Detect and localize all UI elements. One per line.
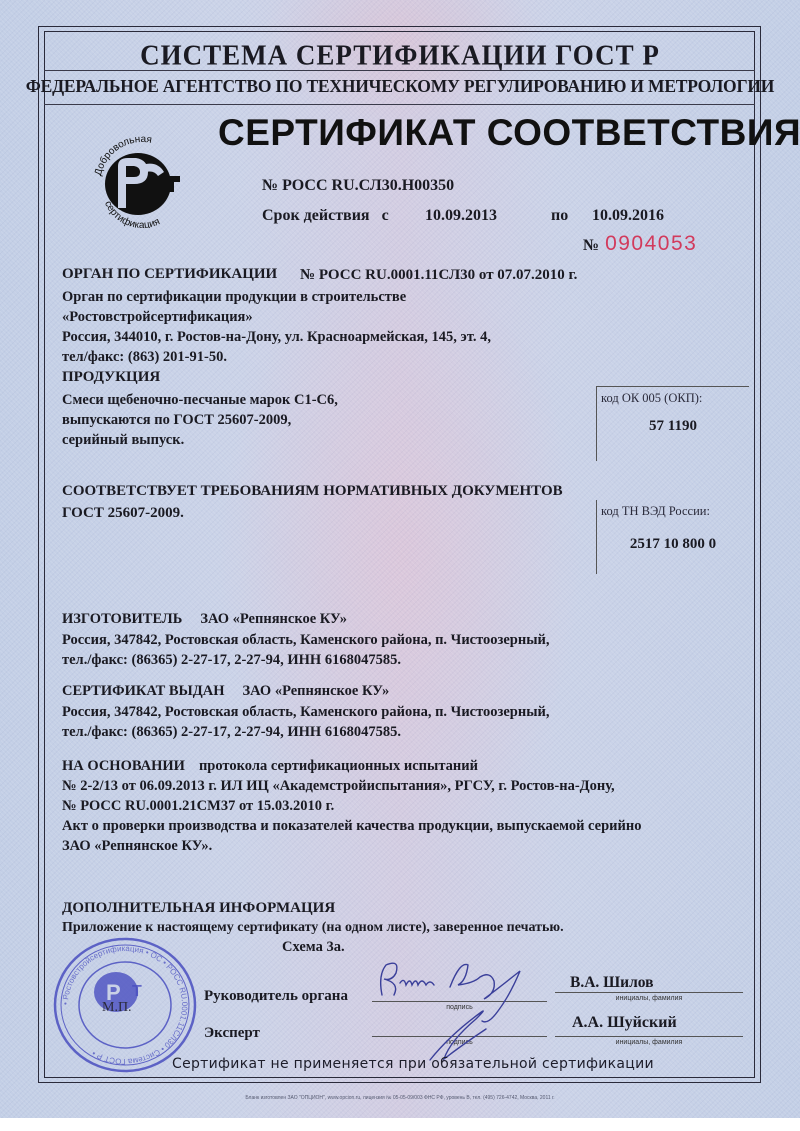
handwritten-signatures-icon <box>370 955 560 1065</box>
okp-code-box: код ОК 005 (ОКП): 57 1190 <box>596 386 749 461</box>
valid-from-date: 10.09.2013 <box>425 207 497 225</box>
head-label: Руководитель органа <box>204 988 348 1005</box>
issued-to-heading: СЕРТИФИКАТ ВЫДАН <box>62 683 225 699</box>
manufacturer-name: ЗАО «Репнянское КУ» <box>200 611 347 627</box>
product-line: серийный выпуск. <box>62 430 184 450</box>
product-heading: ПРОДУКЦИЯ <box>62 369 160 386</box>
validity-label: Срок действия <box>262 207 370 224</box>
head-name: В.А. Шилов <box>570 974 654 992</box>
expert-name-caption: инициалы, фамилия <box>555 1039 743 1046</box>
svg-text:Т: Т <box>132 983 142 1000</box>
okp-code-value: 57 1190 <box>597 418 749 435</box>
product-line: Смеси щебеночно-песчаные марок С1-С6, <box>62 390 338 410</box>
certificate-number-value: РОСС RU.СЛ30.Н00350 <box>282 177 454 194</box>
header-bottom-divider <box>44 104 755 105</box>
certificate-number: № РОСС RU.СЛ30.Н00350 <box>262 177 454 195</box>
blank-number: №0904053 <box>583 232 697 256</box>
product-line: выпускаются по ГОСТ 25607-2009, <box>62 410 291 430</box>
tnved-code-value: 2517 10 800 0 <box>597 536 749 553</box>
compliance-heading: СООТВЕТСТВУЕТ ТРЕБОВАНИЯМ НОРМАТИВНЫХ ДО… <box>62 483 563 500</box>
certification-body-line: «Ростовстройсертификация» <box>62 307 253 327</box>
manufacturer-heading: ИЗГОТОВИТЕЛЬ <box>62 611 182 627</box>
agency-name: ФЕДЕРАЛЬНОЕ АГЕНТСТВО ПО ТЕХНИЧЕСКОМУ РЕ… <box>0 76 800 97</box>
certification-body-line: Россия, 344010, г. Ростов-на-Дону, ул. К… <box>62 327 491 347</box>
certification-body-line: Орган по сертификации продукции в строит… <box>62 287 406 307</box>
basis-line: Акт о проверки производства и показателе… <box>62 816 641 836</box>
blank-number-sign: № <box>583 237 599 254</box>
issued-to-line: тел./факс: (86365) 2-27-17, 2-27-94, ИНН… <box>62 722 401 742</box>
basis-line: № РОСС RU.0001.21СМ37 от 15.03.2010 г. <box>62 796 334 816</box>
tnved-code-box: код ТН ВЭД России: 2517 10 800 0 <box>596 500 749 574</box>
validity-from-label: с <box>382 207 389 224</box>
manufacturer-line: тел./факс: (86365) 2-27-17, 2-27-94, ИНН… <box>62 650 401 670</box>
voluntary-note: Сертификат не применяется при обязательн… <box>172 1056 654 1072</box>
tnved-code-label: код ТН ВЭД России: <box>601 504 710 519</box>
rst-logo-icon: Добровольная сертификация <box>86 128 196 228</box>
expert-name-line <box>555 1036 743 1037</box>
manufacturer-block: ИЗГОТОВИТЕЛЬ ЗАО «Репнянское КУ» <box>62 610 347 628</box>
blank-number-value: 0904053 <box>605 232 697 255</box>
issued-to-name: ЗАО «Репнянское КУ» <box>243 683 390 699</box>
additional-info-heading: ДОПОЛНИТЕЛЬНАЯ ИНФОРМАЦИЯ <box>62 900 335 917</box>
head-name-caption: инициалы, фамилия <box>555 995 743 1002</box>
head-name-line <box>555 992 743 993</box>
validity-to-label: по <box>551 207 568 225</box>
system-title: СИСТЕМА СЕРТИФИКАЦИИ ГОСТ Р <box>0 39 800 72</box>
basis-first-line: протокола сертификационных испытаний <box>199 758 478 774</box>
compliance-standard: ГОСТ 25607-2009. <box>62 503 184 523</box>
certification-body-accreditation: № РОСС RU.0001.11СЛ30 от 07.07.2010 г. <box>300 265 577 285</box>
okp-code-label: код ОК 005 (ОКП): <box>601 391 702 406</box>
basis-block: НА ОСНОВАНИИ протокола сертификационных … <box>62 756 478 776</box>
basis-line: № 2-2/13 от 06.09.2013 г. ИЛ ИЦ «Академс… <box>62 776 615 796</box>
valid-to-date: 10.09.2016 <box>592 207 664 225</box>
certification-body-heading: ОРГАН ПО СЕРТИФИКАЦИИ <box>62 266 277 283</box>
expert-label: Эксперт <box>204 1025 260 1042</box>
expert-name: А.А. Шуйский <box>572 1014 677 1032</box>
additional-info-scheme: Схема 3а. <box>282 937 345 957</box>
issued-to-line: Россия, 347842, Ростовская область, Каме… <box>62 702 550 722</box>
issued-to-block: СЕРТИФИКАТ ВЫДАН ЗАО «Репнянское КУ» <box>62 682 389 700</box>
manufacturer-line: Россия, 347842, Ростовская область, Каме… <box>62 630 550 650</box>
basis-line: ЗАО «Репнянское КУ». <box>62 836 212 856</box>
number-sign: № <box>262 177 278 194</box>
basis-heading: НА ОСНОВАНИИ <box>62 758 185 774</box>
certification-body-line: тел/факс: (863) 201-91-50. <box>62 347 227 367</box>
validity-period: Срок действия с 10.09.2013 по 10.09.2016 <box>262 207 682 225</box>
certificate-title: СЕРТИФИКАТ СООТВЕТСТВИЯ <box>218 112 800 154</box>
seal-label: М.П. <box>102 1000 132 1016</box>
blank-print-footer: Бланк изготовлен ЗАО "ОПЦИОН", www.opcio… <box>0 1095 800 1101</box>
